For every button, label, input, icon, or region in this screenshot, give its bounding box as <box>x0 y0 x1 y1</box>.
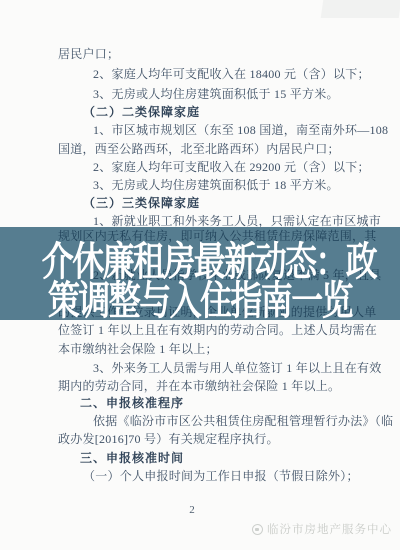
doc-line: 期内的劳动合同，并在本市缴纳社会保险 1 年以上。 <box>58 380 340 393</box>
watermark: 临汾市房地产服务中心 <box>252 521 392 537</box>
scan-artifact <box>321 0 400 18</box>
watermark-text: 临汾市房地产服务中心 <box>267 521 392 537</box>
overlay-title-line1: 介休廉租房最新动态：政 <box>0 242 400 282</box>
section-heading: 三、申报核准时间 <box>80 452 184 465</box>
section-heading: 二、申报核准程序 <box>80 397 184 410</box>
doc-line: 位签订 1 年以上且在有效期内的劳动合同。上述人员均需在 <box>58 324 377 337</box>
overlay-title-line2: 策调整与入住指南一览 <box>0 281 400 321</box>
section-heading: （三）三类保障家庭 <box>83 197 200 210</box>
section-heading: （二）二类保障家庭 <box>83 106 200 119</box>
scanned-document-page: 居民户口； 2、家庭人均年可支配收入在 18400 元（含）以下； 3、无房或人… <box>0 0 400 550</box>
doc-line: 3、无房或人均住房建筑面积低于 15 平方米。 <box>93 88 339 101</box>
doc-line: 本市缴纳社会保险 1 年以上； <box>58 343 218 356</box>
doc-line: 3、外来务工人员需与用人单位签订 1 年以上且在有效 <box>93 362 382 375</box>
doc-line: 居民户口； <box>58 48 119 61</box>
doc-line: 2、家庭人均年可支配收入在 18400 元（含）以下； <box>93 68 370 81</box>
doc-line: 国道，西至公路西环，北至北路西环）内居民户口； <box>58 143 340 156</box>
doc-line: 依据《临汾市市区公共租赁住房配租管理暂行办法》（临 <box>93 415 393 428</box>
doc-line: 政办发[2016]70 号）有关规定程序执行。 <box>58 433 279 446</box>
doc-line: 1、市区城市规划区（东至 108 国道，南至南外环—108 <box>93 124 388 137</box>
doc-line: 3、无房或人均住房建筑面积低于 18 平方米。 <box>93 179 339 192</box>
watermark-logo-icon <box>252 524 263 535</box>
doc-line: （一）个人申报时间为工作日申报（节假日除外）； <box>83 470 359 483</box>
doc-line: 2、家庭人均年可支配收入在 29200 元（含）以下； <box>93 161 370 174</box>
page-number: 2 <box>0 504 384 516</box>
